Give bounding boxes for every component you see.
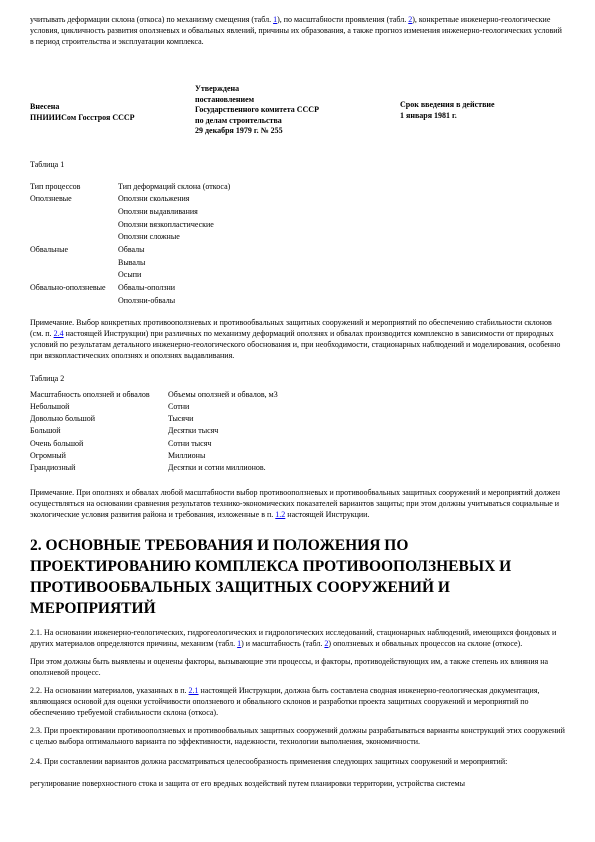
table-row: Масштабность оползней и обваловОбъемы оп… bbox=[30, 389, 565, 401]
table-cell: Обвальные bbox=[30, 244, 118, 257]
table-cell: Обвально-оползневые bbox=[30, 282, 118, 295]
p21-text-2: ) и масштабность (табл. bbox=[241, 639, 324, 648]
table-cell: Грандиозный bbox=[30, 462, 168, 474]
p21-text-3: ) оползневых и обвальных процессов на ск… bbox=[328, 639, 522, 648]
table-cell: Десятки и сотни миллионов. bbox=[168, 462, 565, 474]
clause-2-1-link[interactable]: 2.1 bbox=[189, 686, 199, 695]
table-cell: Обвалы-оползни bbox=[118, 282, 565, 295]
table-row: Осыпи bbox=[30, 269, 565, 282]
clause-2-4-link[interactable]: 2.4 bbox=[54, 329, 64, 338]
table1-note: Примечание. Выбор конкретных противоопол… bbox=[30, 317, 565, 361]
paragraph-2-1: 2.1. На основании инженерно-геологически… bbox=[30, 627, 565, 649]
intro-text-1: учитывать деформации склона (откоса) по … bbox=[30, 15, 273, 24]
table-row: Оползни выдавливания bbox=[30, 206, 565, 219]
table-cell: Осыпи bbox=[118, 269, 565, 282]
table2: Масштабность оползней и обваловОбъемы оп… bbox=[30, 389, 565, 475]
table-cell: Очень большой bbox=[30, 438, 168, 450]
table-row: Очень большойСотни тысяч bbox=[30, 438, 565, 450]
table-cell bbox=[30, 219, 118, 232]
approval-approved-by: Утверждена постановлением Государственно… bbox=[195, 84, 400, 137]
document-page: учитывать деформации склона (откоса) по … bbox=[0, 0, 595, 842]
table-cell: Небольшой bbox=[30, 401, 168, 413]
table-row: НебольшойСотни bbox=[30, 401, 565, 413]
table-cell: Тысячи bbox=[168, 413, 565, 425]
table-row: Довольно большойТысячи bbox=[30, 413, 565, 425]
table-cell: Огромный bbox=[30, 450, 168, 462]
table-cell: Обвалы bbox=[118, 244, 565, 257]
table-cell: Тип процессов bbox=[30, 181, 118, 194]
table-row: БольшойДесятки тысяч bbox=[30, 425, 565, 437]
table1-label: Таблица 1 bbox=[30, 159, 565, 170]
table-row: Оползни сложные bbox=[30, 231, 565, 244]
table-cell bbox=[30, 206, 118, 219]
table2-label: Таблица 2 bbox=[30, 373, 565, 384]
approval-effective-date: Срок введения в действие 1 января 1981 г… bbox=[400, 84, 565, 137]
table-cell: Довольно большой bbox=[30, 413, 168, 425]
note2-text-2: настоящей Инструкции. bbox=[285, 510, 369, 519]
p22-text-1: 2.2. На основании материалов, указанных … bbox=[30, 686, 189, 695]
table-cell bbox=[30, 231, 118, 244]
note1-text-2: настоящей Инструкции) при различных по м… bbox=[30, 329, 560, 360]
table-row: ОбвальныеОбвалы bbox=[30, 244, 565, 257]
table-row: ГрандиозныйДесятки и сотни миллионов. bbox=[30, 462, 565, 474]
paragraph-2-2: 2.2. На основании материалов, указанных … bbox=[30, 685, 565, 718]
table-cell: Миллионы bbox=[168, 450, 565, 462]
clause-1-2-link[interactable]: 1.2 bbox=[275, 510, 285, 519]
table-cell: Десятки тысяч bbox=[168, 425, 565, 437]
intro-text-2: ), по масштабности проявления (табл. bbox=[277, 15, 408, 24]
table-row: Обвально-оползневыеОбвалы-оползни bbox=[30, 282, 565, 295]
table-cell: Сотни тысяч bbox=[168, 438, 565, 450]
table-row: ОгромныйМиллионы bbox=[30, 450, 565, 462]
section-2-heading: 2. ОСНОВНЫЕ ТРЕБОВАНИЯ И ПОЛОЖЕНИЯ ПО ПР… bbox=[30, 535, 565, 619]
table-row: Тип процессовТип деформаций склона (отко… bbox=[30, 181, 565, 194]
paragraph-2-3: 2.3. При проектировании противооползневы… bbox=[30, 725, 565, 747]
paragraph-2-4-continuation: регулирование поверхностного стока и защ… bbox=[30, 778, 565, 789]
approval-block: Внесена ПНИИИСом Госстроя СССР Утвержден… bbox=[30, 84, 565, 137]
table2-note: Примечание. При оползнях и обвалах любой… bbox=[30, 487, 565, 520]
table-cell: Оползни-обвалы bbox=[118, 295, 565, 308]
paragraph-2-1-continuation: При этом должны быть выявлены и оценены … bbox=[30, 656, 565, 678]
table-row: ОползневыеОползни скольжения bbox=[30, 193, 565, 206]
table-row: Вывалы bbox=[30, 257, 565, 270]
table-cell: Большой bbox=[30, 425, 168, 437]
table-cell: Вывалы bbox=[118, 257, 565, 270]
table-cell bbox=[30, 295, 118, 308]
table-cell: Оползневые bbox=[30, 193, 118, 206]
table-cell: Масштабность оползней и обвалов bbox=[30, 389, 168, 401]
table-row: Оползни-обвалы bbox=[30, 295, 565, 308]
table-row: Оползни вязкопластические bbox=[30, 219, 565, 232]
table-cell: Оползни вязкопластические bbox=[118, 219, 565, 232]
table-cell bbox=[30, 257, 118, 270]
table-cell: Объемы оползней и обвалов, м3 bbox=[168, 389, 565, 401]
table-cell bbox=[30, 269, 118, 282]
table-cell: Оползни скольжения bbox=[118, 193, 565, 206]
approval-submitted-by: Внесена ПНИИИСом Госстроя СССР bbox=[30, 84, 195, 137]
table1: Тип процессовТип деформаций склона (отко… bbox=[30, 181, 565, 308]
table-cell: Оползни выдавливания bbox=[118, 206, 565, 219]
table-cell: Сотни bbox=[168, 401, 565, 413]
table-cell: Оползни сложные bbox=[118, 231, 565, 244]
paragraph-2-4: 2.4. При составлении вариантов должна ра… bbox=[30, 756, 565, 767]
table-cell: Тип деформаций склона (откоса) bbox=[118, 181, 565, 194]
intro-paragraph: учитывать деформации склона (откоса) по … bbox=[30, 14, 565, 47]
